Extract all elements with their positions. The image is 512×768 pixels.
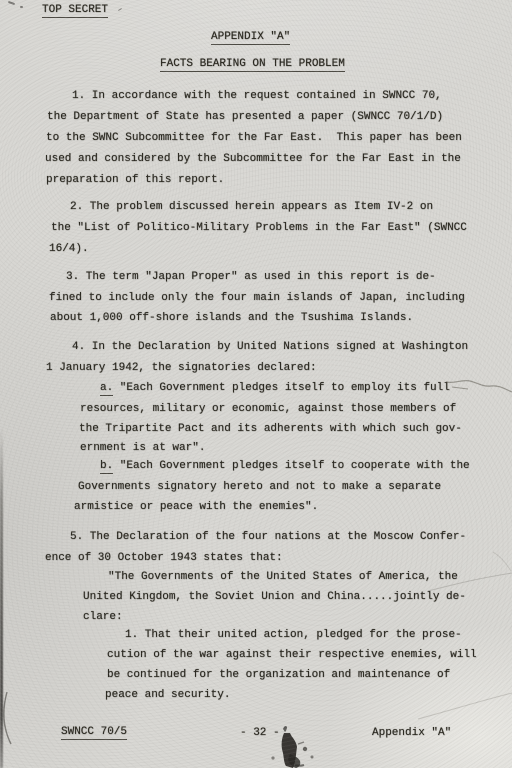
subpara-a-line-2: the Tripartite Pact and its adherents wi… <box>79 423 462 436</box>
scan-curve-mark <box>4 692 11 744</box>
quote-line-0: "The Governments of the United States of… <box>108 571 458 584</box>
document-page: TOP SECRET APPENDIX "A" FACTS BEARING ON… <box>0 0 512 768</box>
section-title: FACTS BEARING ON THE PROBLEM <box>160 58 345 71</box>
para-3-line-0: 3. The term "Japan Proper" as used in th… <box>66 271 436 284</box>
para-2-line-1: the "List of Politico-Military Problems … <box>51 222 467 235</box>
section-title-text: FACTS BEARING ON THE PROBLEM <box>160 58 345 72</box>
footer-doc-number: SWNCC 70/5 <box>61 726 127 739</box>
para-4-line-0: 4. In the Declaration by United Nations … <box>72 341 468 354</box>
subitem-1-line-3: peace and security. <box>105 689 230 702</box>
para-5-line-0: 5. The Declaration of the four nations a… <box>70 531 466 544</box>
appendix-title-text: APPENDIX "A" <box>211 31 290 45</box>
subpara-a-label: a. <box>100 382 113 396</box>
appendix-title: APPENDIX "A" <box>211 31 290 44</box>
classification-marking: TOP SECRET <box>42 4 108 17</box>
footer-page-number: - 32 - <box>240 727 280 740</box>
subpara-b-line-2: armistice or peace with the enemies". <box>74 501 318 514</box>
subpara-b-line-0: b. "Each Government pledges itself to co… <box>100 460 470 473</box>
classification-text: TOP SECRET <box>42 4 108 18</box>
para-4-line-1: 1 January 1942, the signatories declared… <box>46 362 317 375</box>
subpara-a-line-3: ernment is at war". <box>80 442 205 455</box>
subpara-a-text: "Each Government pledges itself to emplo… <box>113 382 450 394</box>
crease-line <box>418 693 512 719</box>
scan-edge-streak <box>0 428 3 768</box>
pencil-squiggle <box>446 381 512 392</box>
scan-speck <box>8 1 15 5</box>
subitem-1-line-2: be continued for the organization and ma… <box>107 669 450 682</box>
para-1-line-2: to the SWNC Subcommittee for the Far Eas… <box>46 132 462 145</box>
crease-line <box>493 552 511 571</box>
para-2-line-0: 2. The problem discussed herein appears … <box>70 201 433 214</box>
para-3-line-1: fined to include only the four main isla… <box>49 292 465 305</box>
subitem-1-line-0: 1. That their united action, pledged for… <box>125 629 462 642</box>
para-1-line-0: 1. In accordance with the request contai… <box>72 90 442 103</box>
footer-appendix-label: Appendix "A" <box>372 727 451 740</box>
para-1-line-4: preparation of this report. <box>46 174 224 187</box>
subpara-a-line-0: a. "Each Government pledges itself to em… <box>100 382 450 395</box>
para-1-line-1: the Department of State has presented a … <box>47 111 443 124</box>
para-5-line-1: ence of 30 October 1943 states that: <box>45 552 283 565</box>
footer-doc-number-text: SWNCC 70/5 <box>61 726 127 740</box>
subpara-b-label: b. <box>100 460 113 474</box>
scan-speck <box>20 6 23 8</box>
subpara-b-line-1: Governments signatory hereto and not to … <box>78 481 441 494</box>
scan-speck <box>118 8 122 11</box>
para-2-line-2: 16/4). <box>49 243 89 256</box>
quote-line-2: clare: <box>83 611 123 624</box>
subpara-b-text: "Each Government pledges itself to coope… <box>113 460 469 472</box>
quote-line-1: United Kingdom, the Soviet Union and Chi… <box>83 591 466 604</box>
para-1-line-3: used and considered by the Subcommittee … <box>45 153 461 166</box>
subpara-a-line-1: resources, military or economic, against… <box>80 403 456 416</box>
para-3-line-2: about 1,000 off-shore islands and the Ts… <box>50 312 413 325</box>
subitem-1-line-1: cution of the war against their respecti… <box>107 649 477 662</box>
